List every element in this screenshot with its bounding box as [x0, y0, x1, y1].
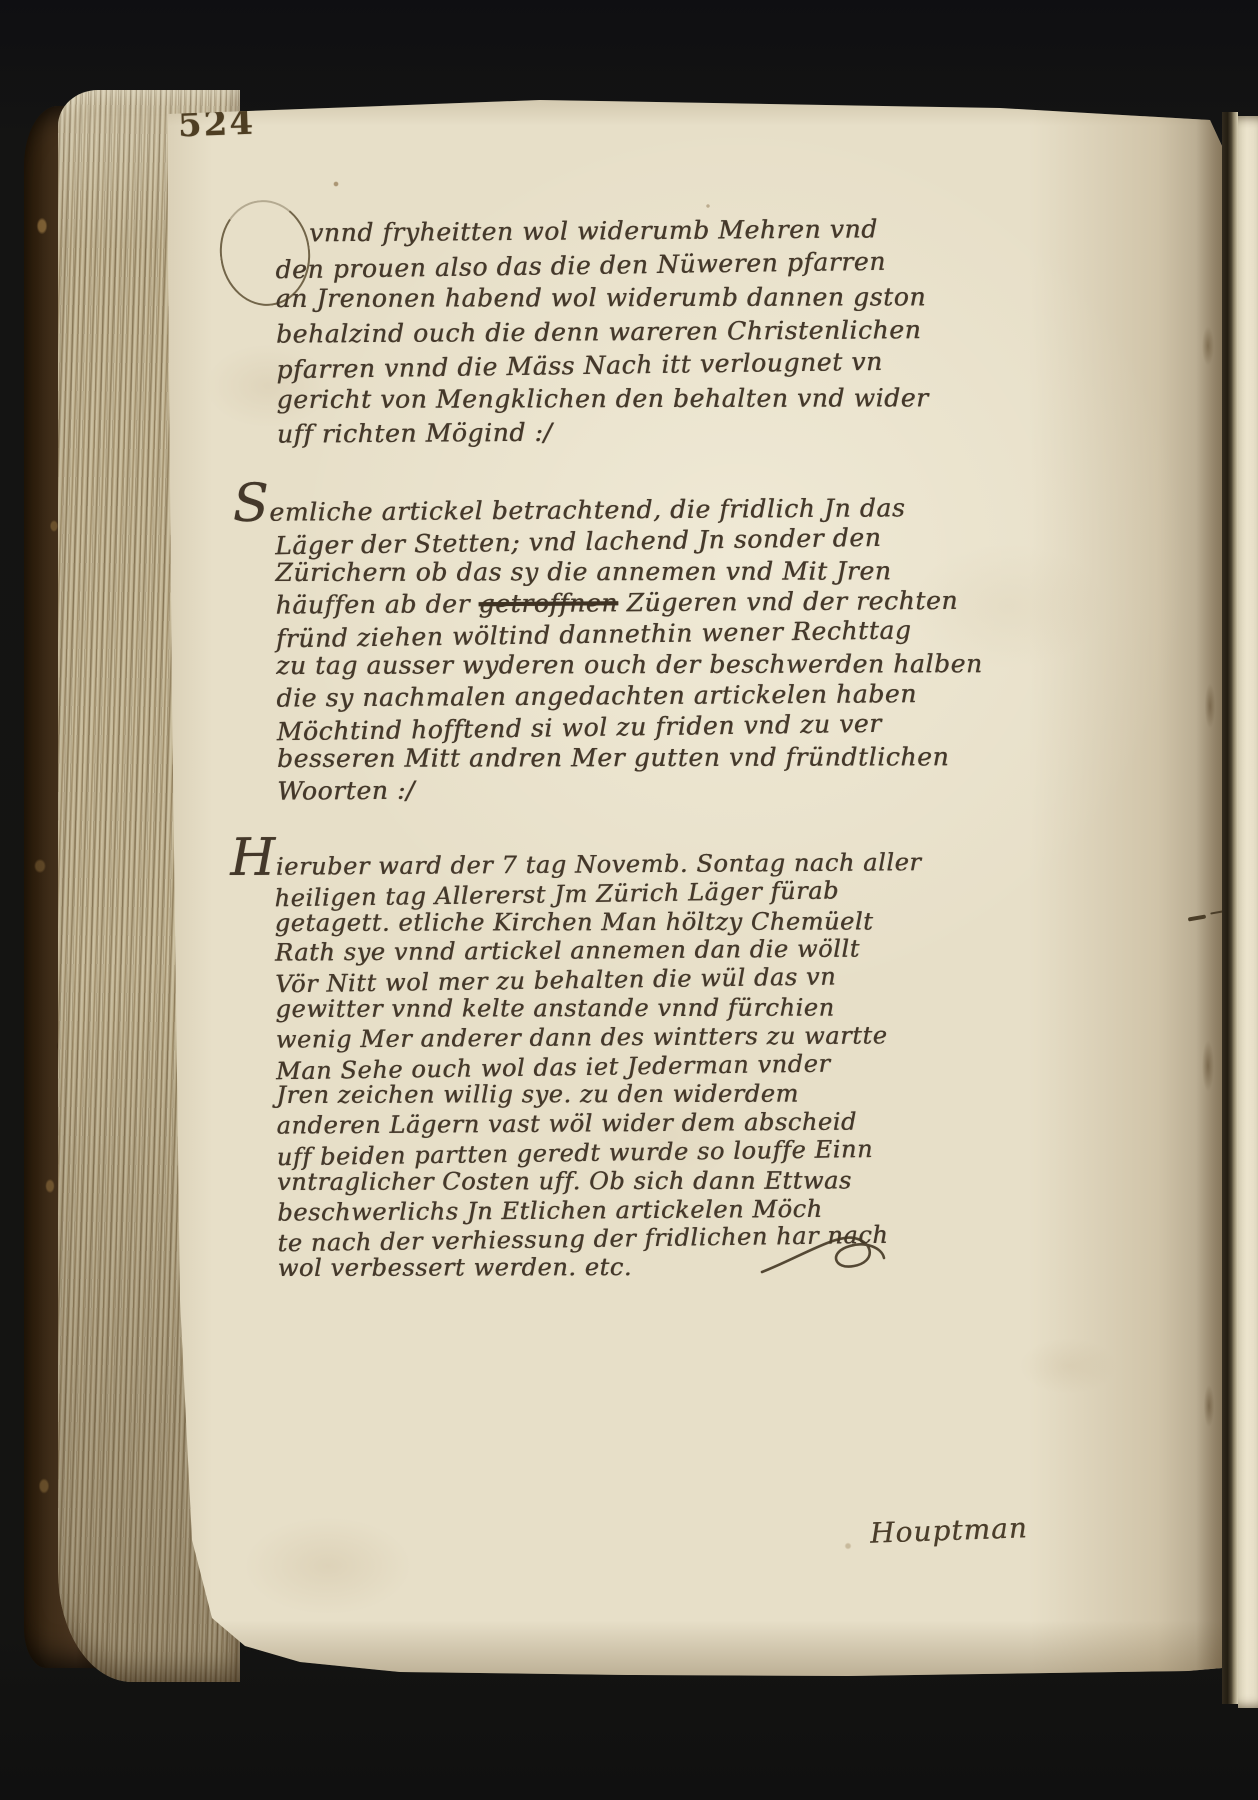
gutter-shadow — [1196, 86, 1222, 1676]
manuscript-page: 524 vnnd fryheitten wol widerumb Mehren … — [148, 86, 1222, 1676]
manuscript-line: zu tag ausser wyderen ouch der beschwerd… — [276, 648, 1036, 681]
facing-page-sliver — [1238, 116, 1258, 1708]
manuscript-line: Jren zeichen willig sye. zu den widerdem — [276, 1079, 1036, 1110]
paragraph-1: vnnd fryheitten wol widerumb Mehren vndd… — [275, 211, 1037, 452]
photo-backdrop: 524 vnnd fryheitten wol widerumb Mehren … — [0, 0, 1258, 1800]
manuscript-line: vntraglicher Costen uff. Ob sich dann Et… — [277, 1166, 1037, 1197]
manuscript-line: Zürichern ob das sy die annemen vnd Mit … — [275, 555, 1035, 588]
gutter-line — [1222, 112, 1238, 1704]
signature-houptman: Houptman — [869, 1511, 1028, 1549]
paragraph-2: Semliche artickel betrachtend, die fridl… — [275, 491, 1038, 808]
manuscript-line: gericht von Mengklichen den behalten vnd… — [277, 381, 1037, 416]
manuscript-line: gewitter vnnd kelte anstande vnnd fürchi… — [275, 993, 1035, 1024]
manuscript-line: an Jrenonen habend wol widerumb dannen g… — [276, 280, 1036, 315]
manuscript-line: Woorten :/ — [277, 770, 1037, 806]
paragraph-3: Hieruber ward der 7 tag Novemb. Sontag n… — [274, 847, 1038, 1286]
manuscript-line: getagett. etliche Kirchen Man höltzy Che… — [275, 907, 1035, 938]
pen-flourish — [758, 1228, 888, 1282]
manuscript-line: wol verbessert werden. etc. — [278, 1252, 1038, 1283]
manuscript-line: uff richten Mögind :/ — [277, 412, 1037, 451]
manuscript-line: besseren Mitt andren Mer gutten vnd frün… — [277, 741, 1037, 774]
